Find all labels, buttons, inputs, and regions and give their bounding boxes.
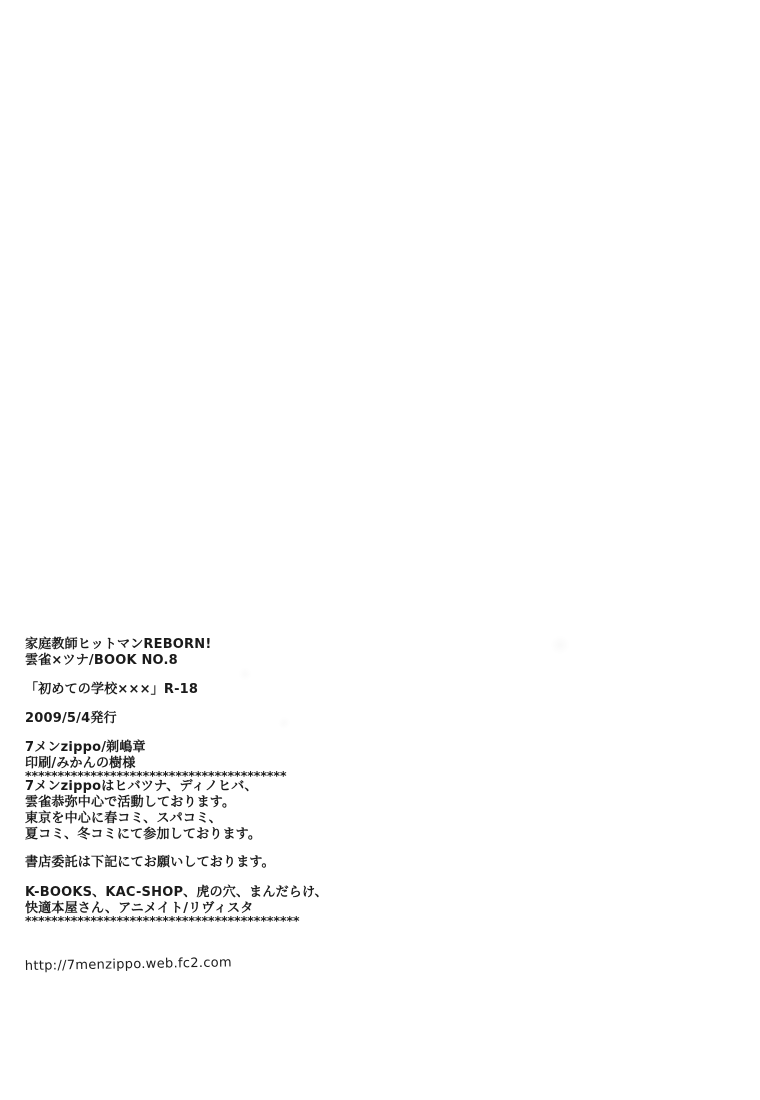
scanned-colophon-page: 家庭教師ヒットマンREBORN! 雲雀×ツナ/BOOK NO.8 「初めての学校… xyxy=(0,0,760,1100)
series-title-line: 家庭教師ヒットマンREBORN! xyxy=(25,637,211,653)
pairing-book-number-line: 雲雀×ツナ/BOOK NO.8 xyxy=(25,653,178,669)
shop-consignment-intro-line: 書店委託は下記にてお願いしております。 xyxy=(25,855,275,871)
book-title-rating-line: 「初めての学校×××」R-18 xyxy=(25,682,198,698)
publication-date-line: 2009/5/4発行 xyxy=(25,711,117,727)
circle-activity-line: 雲雀恭弥中心で活動しております。 xyxy=(25,795,235,811)
asterisk-divider-bottom: ****************************************… xyxy=(25,913,300,929)
circle-website-url: http://7menzippo.web.fc2.com xyxy=(25,955,232,975)
shop-list-line: K-BOOKS、KAC-SHOP、虎の穴、まんだらけ、 xyxy=(25,885,328,901)
circle-artist-line: 7メンzippo/剃嶋章 xyxy=(25,740,146,756)
circle-activity-line: 東京を中心に春コミ、スパコミ、 xyxy=(25,811,222,827)
circle-activity-line: 7メンzippoはヒバツナ、ディノヒバ、 xyxy=(25,779,258,795)
circle-activity-line: 夏コミ、冬コミにて参加しております。 xyxy=(25,827,261,843)
